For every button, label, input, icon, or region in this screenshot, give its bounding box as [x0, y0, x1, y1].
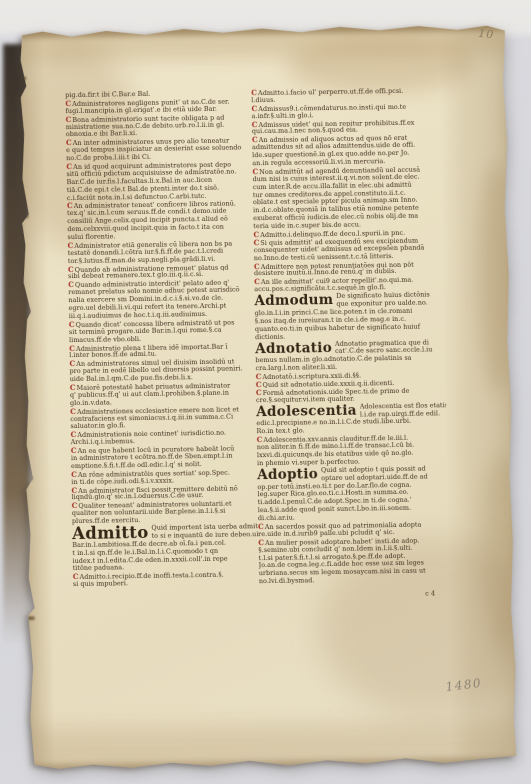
text-line: no.lvi.di.bysmad. — [259, 575, 449, 586]
paragraph-mark: C — [252, 120, 258, 129]
paragraph-mark: C — [251, 104, 257, 113]
paragraph-mark: C — [254, 262, 260, 271]
stain-left-edge — [18, 30, 56, 770]
year-annotation: 1480 — [445, 676, 483, 694]
stain-top-edge — [18, 20, 506, 38]
text-column-right: CAdmitto.i.facio ul' perperro.ut.ff.de o… — [251, 86, 449, 601]
stain-right-edge-upper — [476, 163, 520, 394]
paragraph-mark: C — [73, 572, 79, 581]
paragraph-mark: C — [256, 372, 262, 381]
paragraph-mark: C — [70, 383, 76, 392]
manuscript-page: 10 pig.da.fir.t ibi C.Bar.e Bal.CAdminis… — [18, 23, 518, 771]
paper-wrap: 10 pig.da.fir.t ibi C.Bar.e Bal.CAdminis… — [18, 23, 518, 771]
binding-notch — [26, 617, 34, 620]
stain-bottom-band — [29, 721, 518, 771]
entry-headword: Admodum — [254, 293, 333, 309]
stain-top-right — [286, 36, 477, 94]
paragraph-mark: C — [254, 277, 260, 286]
paragraph-mark: C — [71, 470, 77, 479]
stain-right-margin — [438, 23, 518, 764]
paragraph-mark: C — [67, 202, 73, 211]
paragraph-mark: C — [71, 430, 77, 439]
paragraph-mark: C — [258, 538, 264, 547]
quire-signature: c 4 — [259, 590, 449, 601]
photo-backdrop: 10 pig.da.fir.t ibi C.Bar.e Bal.CAdminis… — [0, 0, 531, 784]
text-line: si quis impuberi. — [73, 578, 259, 589]
paragraph-mark: C — [258, 522, 264, 531]
entry-headword: Adnotatio — [255, 340, 332, 356]
paragraph-mark: C — [70, 407, 76, 416]
stain-bottom-edge — [30, 757, 518, 773]
stain-top-band — [18, 23, 506, 63]
paragraph-mark: C — [256, 388, 262, 397]
text-column-left: pig.da.fir.t ibi C.Bar.e Bal.CAdministra… — [65, 89, 259, 589]
binding-notch — [20, 215, 28, 218]
paragraph-mark: C — [71, 486, 77, 495]
paragraph-mark: C — [68, 241, 74, 250]
paragraph-mark: C — [254, 238, 260, 247]
paragraph-mark: C — [252, 135, 258, 144]
binding-notch — [22, 309, 30, 312]
paragraph-mark: C — [66, 138, 72, 147]
paragraph-mark: C — [68, 265, 74, 274]
folio-number: 10 — [478, 27, 495, 41]
paragraph-mark: C — [71, 446, 77, 455]
stain-right-edge-lower — [479, 453, 526, 654]
paragraph-mark: C — [69, 320, 75, 329]
entry-headword: Adolescentia — [256, 403, 357, 420]
lexicon-entry: AdoptioQuid sit adoptio t quis possit ad… — [257, 465, 447, 484]
paragraph-mark: C — [257, 435, 263, 444]
binding-notch — [24, 477, 32, 480]
lexicon-entry: AdnotatioAdnotatio pragmatica que dicat'… — [255, 339, 445, 358]
binding-notch — [18, 77, 26, 80]
paragraph-mark: C — [69, 344, 75, 353]
paragraph-mark: C — [68, 280, 74, 289]
paragraph-mark: C — [69, 359, 75, 368]
paragraph-mark: C — [65, 99, 71, 108]
paragraph-mark: C — [253, 230, 259, 239]
paragraph-mark: C — [256, 380, 262, 389]
paragraph-mark: C — [66, 115, 72, 124]
entry-headword: Admitto — [72, 525, 149, 541]
lexicon-entry: AdmodumDe significato huius dictōnisque … — [254, 291, 444, 310]
lexicon-entry: AdmittoQuid importent ista uerba admitto… — [72, 523, 258, 542]
entry-headword: Adoptio — [257, 467, 318, 483]
paragraph-mark: C — [72, 501, 78, 510]
paragraph-mark: C — [251, 88, 257, 97]
paragraph-mark: C — [252, 167, 258, 176]
paragraph-mark: C — [66, 162, 72, 171]
